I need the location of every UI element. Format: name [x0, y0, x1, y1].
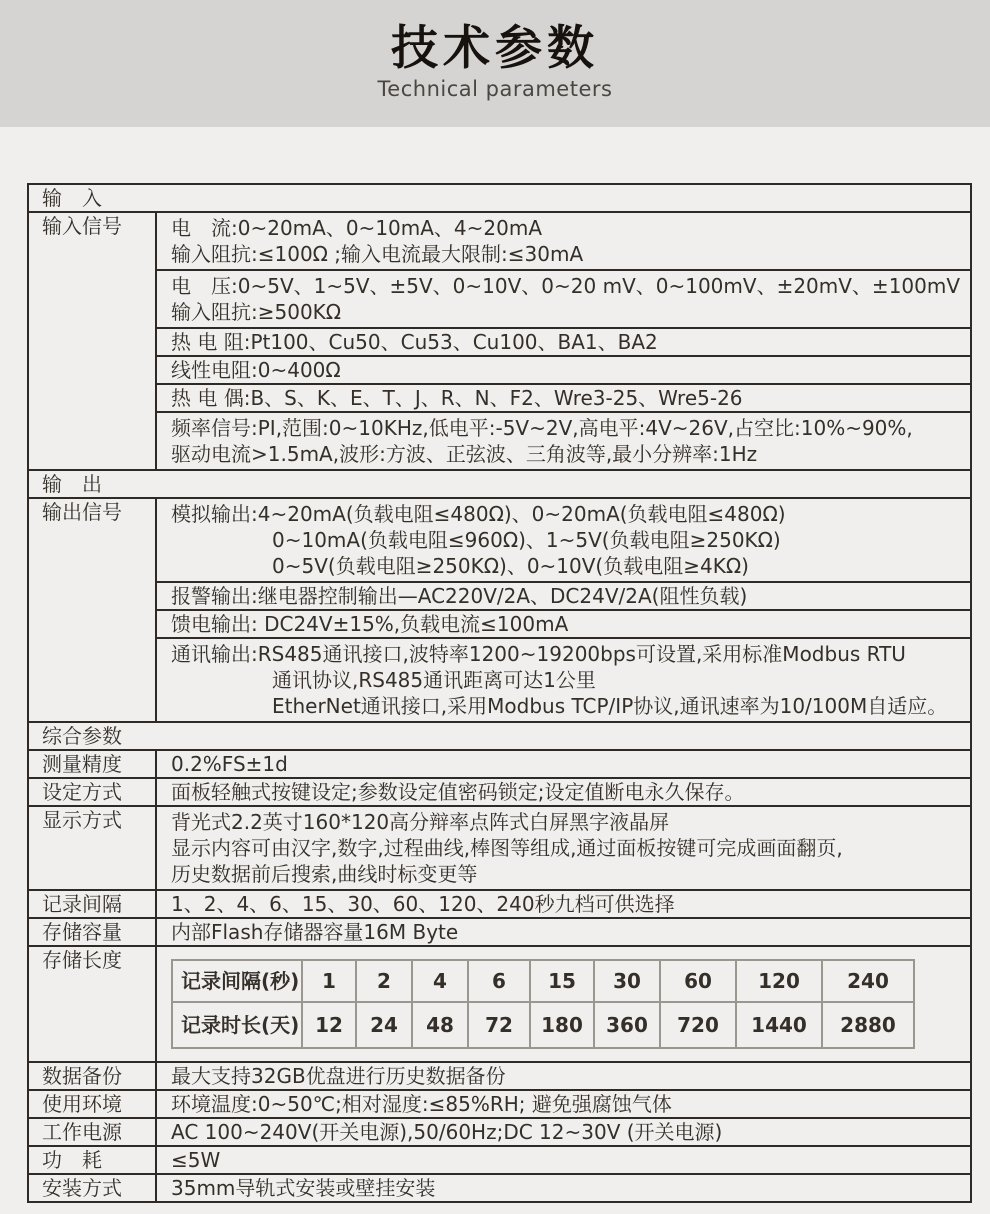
storage-interval-value: 120 — [736, 960, 822, 1002]
environment-value: 环境温度:0~50℃;相对湿度:≤85%RH; 避免强腐蚀气体 — [156, 1090, 971, 1118]
spec-table: 输 入 输入信号 电 流:0~20mA、0~10mA、4~20mA 输入阻抗:≤… — [27, 183, 972, 1203]
storage-length-cell: 记录间隔(秒) 1 2 4 6 15 30 60 120 240 记录时长(天)… — [156, 946, 971, 1062]
output-analog-line1: 模拟输出:4~20mA(负载电阻≤480Ω)、0~20mA(负载电阻≤480Ω) — [171, 501, 964, 527]
input-thermocouple-cell: 热 电 偶:B、S、K、E、T、J、R、N、F2、Wre3-25、Wre5-26 — [156, 384, 971, 412]
storage-duration-value: 24 — [356, 1002, 412, 1048]
backup-row: 数据备份 最大支持32GB优盘进行历史数据备份 — [28, 1062, 971, 1090]
section-input-label: 输 入 — [28, 184, 971, 212]
input-voltage-cell: 电 压:0~5V、1~5V、±5V、0~10V、0~20 mV、0~100mV、… — [156, 270, 971, 328]
section-output-row: 输 出 — [28, 470, 971, 498]
storage-length-table: 记录间隔(秒) 1 2 4 6 15 30 60 120 240 记录时长(天)… — [171, 959, 915, 1049]
input-frequency-line2: 驱动电流>1.5mA,波形:方波、正弦波、三角波等,最小分辨率:1Hz — [171, 441, 964, 467]
input-linear-resistance-row: 线性电阻:0~400Ω — [28, 356, 971, 384]
backup-value: 最大支持32GB优盘进行历史数据备份 — [156, 1062, 971, 1090]
display-line2: 显示内容可由汉字,数字,过程曲线,棒图等组成,通过面板按键可完成画面翻页, — [171, 835, 964, 861]
output-comm-line1: 通讯输出:RS485通讯接口,波特率1200~19200bps可设置,采用标准M… — [171, 641, 964, 667]
storage-duration-row: 记录时长(天) 12 24 48 72 180 360 720 1440 288… — [172, 1002, 914, 1048]
output-alarm-row: 报警输出:继电器控制输出—AC220V/2A、DC24V/2A(阻性负载) — [28, 582, 971, 610]
output-feed-cell: 馈电输出: DC24V±15%,负载电流≤100mA — [156, 610, 971, 638]
display-line1: 背光式2.2英寸160*120高分辩率点阵式白屏黑字液晶屏 — [171, 809, 964, 835]
storage-length-row: 存储长度 记录间隔(秒) 1 2 4 6 15 30 60 120 240 — [28, 946, 971, 1062]
input-rtd-row: 热 电 阻:Pt100、Cu50、Cu53、Cu100、BA1、BA2 — [28, 328, 971, 356]
setting-label: 设定方式 — [28, 778, 156, 806]
display-line3: 历史数据前后搜索,曲线时标变更等 — [171, 861, 964, 887]
setting-value: 面板轻触式按键设定;参数设定值密码锁定;设定值断电永久保存。 — [156, 778, 971, 806]
output-signal-label: 输出信号 — [28, 498, 156, 722]
output-analog-row: 输出信号 模拟输出:4~20mA(负载电阻≤480Ω)、0~20mA(负载电阻≤… — [28, 498, 971, 582]
output-analog-line2: 0~10mA(负载电阻≤960Ω)、1~5V(负载电阻≥250KΩ) — [171, 527, 964, 553]
input-current-row: 输入信号 电 流:0~20mA、0~10mA、4~20mA 输入阻抗:≤100Ω… — [28, 212, 971, 270]
record-interval-value: 1、2、4、6、15、30、60、120、240秒九档可供选择 — [156, 890, 971, 918]
section-general-row: 综合参数 — [28, 722, 971, 750]
storage-duration-value: 72 — [468, 1002, 530, 1048]
title-band: 技术参数 Technical parameters — [0, 0, 990, 127]
storage-interval-label: 记录间隔(秒) — [172, 960, 302, 1002]
output-comm-cell: 通讯输出:RS485通讯接口,波特率1200~19200bps可设置,采用标准M… — [156, 638, 971, 722]
record-interval-row: 记录间隔 1、2、4、6、15、30、60、120、240秒九档可供选择 — [28, 890, 971, 918]
input-frequency-cell: 频率信号:PI,范围:0~10KHz,低电平:-5V~2V,高电平:4V~26V… — [156, 412, 971, 470]
output-comm-line3: EtherNet通讯接口,采用Modbus TCP/IP协议,通讯速率为10/1… — [171, 693, 964, 719]
storage-duration-value: 48 — [412, 1002, 468, 1048]
storage-capacity-value: 内部Flash存储器容量16M Byte — [156, 918, 971, 946]
storage-duration-value: 180 — [530, 1002, 594, 1048]
storage-interval-value: 1 — [302, 960, 356, 1002]
accuracy-value: 0.2%FS±1d — [156, 750, 971, 778]
mounting-label: 安装方式 — [28, 1174, 156, 1202]
input-voltage-line2: 输入阻抗:≥500KΩ — [171, 299, 964, 325]
mounting-row: 安装方式 35mm导轨式安装或壁挂安装 — [28, 1174, 971, 1202]
storage-interval-value: 2 — [356, 960, 412, 1002]
section-input-row: 输 入 — [28, 184, 971, 212]
storage-length-label: 存储长度 — [28, 946, 156, 1062]
storage-interval-value: 15 — [530, 960, 594, 1002]
accuracy-label: 测量精度 — [28, 750, 156, 778]
input-current-cell: 电 流:0~20mA、0~10mA、4~20mA 输入阻抗:≤100Ω ;输入电… — [156, 212, 971, 270]
storage-duration-value: 720 — [660, 1002, 736, 1048]
input-rtd-cell: 热 电 阻:Pt100、Cu50、Cu53、Cu100、BA1、BA2 — [156, 328, 971, 356]
section-output-label: 输 出 — [28, 470, 971, 498]
storage-interval-value: 30 — [594, 960, 660, 1002]
power-value: AC 100~240V(开关电源),50/60Hz;DC 12~30V (开关电… — [156, 1118, 971, 1146]
output-comm-row: 通讯输出:RS485通讯接口,波特率1200~19200bps可设置,采用标准M… — [28, 638, 971, 722]
storage-interval-value: 60 — [660, 960, 736, 1002]
output-analog-line3: 0~5V(负载电阻≥250KΩ)、0~10V(负载电阻≥4KΩ) — [171, 553, 964, 579]
environment-row: 使用环境 环境温度:0~50℃;相对湿度:≤85%RH; 避免强腐蚀气体 — [28, 1090, 971, 1118]
backup-label: 数据备份 — [28, 1062, 156, 1090]
input-current-line2: 输入阻抗:≤100Ω ;输入电流最大限制:≤30mA — [171, 241, 964, 267]
storage-duration-value: 360 — [594, 1002, 660, 1048]
input-frequency-line1: 频率信号:PI,范围:0~10KHz,低电平:-5V~2V,高电平:4V~26V… — [171, 415, 964, 441]
output-feed-row: 馈电输出: DC24V±15%,负载电流≤100mA — [28, 610, 971, 638]
record-interval-label: 记录间隔 — [28, 890, 156, 918]
display-label: 显示方式 — [28, 806, 156, 890]
accuracy-row: 测量精度 0.2%FS±1d — [28, 750, 971, 778]
section-general-label: 综合参数 — [28, 722, 971, 750]
output-comm-line2: 通讯协议,RS485通讯距离可达1公里 — [171, 667, 964, 693]
storage-duration-value: 2880 — [822, 1002, 914, 1048]
storage-duration-label: 记录时长(天) — [172, 1002, 302, 1048]
output-alarm-cell: 报警输出:继电器控制输出—AC220V/2A、DC24V/2A(阻性负载) — [156, 582, 971, 610]
input-linear-resistance-cell: 线性电阻:0~400Ω — [156, 356, 971, 384]
input-current-line1: 电 流:0~20mA、0~10mA、4~20mA — [171, 215, 964, 241]
storage-duration-value: 1440 — [736, 1002, 822, 1048]
storage-capacity-row: 存储容量 内部Flash存储器容量16M Byte — [28, 918, 971, 946]
page-title: 技术参数 — [0, 22, 990, 76]
input-frequency-row: 频率信号:PI,范围:0~10KHz,低电平:-5V~2V,高电平:4V~26V… — [28, 412, 971, 470]
input-thermocouple-row: 热 电 偶:B、S、K、E、T、J、R、N、F2、Wre3-25、Wre5-26 — [28, 384, 971, 412]
power-row: 工作电源 AC 100~240V(开关电源),50/60Hz;DC 12~30V… — [28, 1118, 971, 1146]
environment-label: 使用环境 — [28, 1090, 156, 1118]
page-subtitle: Technical parameters — [0, 77, 990, 102]
input-voltage-row: 电 压:0~5V、1~5V、±5V、0~10V、0~20 mV、0~100mV、… — [28, 270, 971, 328]
storage-capacity-label: 存储容量 — [28, 918, 156, 946]
storage-interval-value: 240 — [822, 960, 914, 1002]
storage-duration-value: 12 — [302, 1002, 356, 1048]
storage-interval-value: 4 — [412, 960, 468, 1002]
page-background: { "page": { "title": "技术参数", "subtitle":… — [0, 0, 990, 1214]
storage-interval-value: 6 — [468, 960, 530, 1002]
consumption-row: 功 耗 ≤5W — [28, 1146, 971, 1174]
display-row: 显示方式 背光式2.2英寸160*120高分辩率点阵式白屏黑字液晶屏 显示内容可… — [28, 806, 971, 890]
consumption-value: ≤5W — [156, 1146, 971, 1174]
power-label: 工作电源 — [28, 1118, 156, 1146]
output-analog-cell: 模拟输出:4~20mA(负载电阻≤480Ω)、0~20mA(负载电阻≤480Ω)… — [156, 498, 971, 582]
mounting-value: 35mm导轨式安装或壁挂安装 — [156, 1174, 971, 1202]
display-value-cell: 背光式2.2英寸160*120高分辩率点阵式白屏黑字液晶屏 显示内容可由汉字,数… — [156, 806, 971, 890]
input-voltage-line1: 电 压:0~5V、1~5V、±5V、0~10V、0~20 mV、0~100mV、… — [171, 273, 964, 299]
setting-row: 设定方式 面板轻触式按键设定;参数设定值密码锁定;设定值断电永久保存。 — [28, 778, 971, 806]
input-signal-label: 输入信号 — [28, 212, 156, 470]
storage-interval-row: 记录间隔(秒) 1 2 4 6 15 30 60 120 240 — [172, 960, 914, 1002]
consumption-label: 功 耗 — [28, 1146, 156, 1174]
